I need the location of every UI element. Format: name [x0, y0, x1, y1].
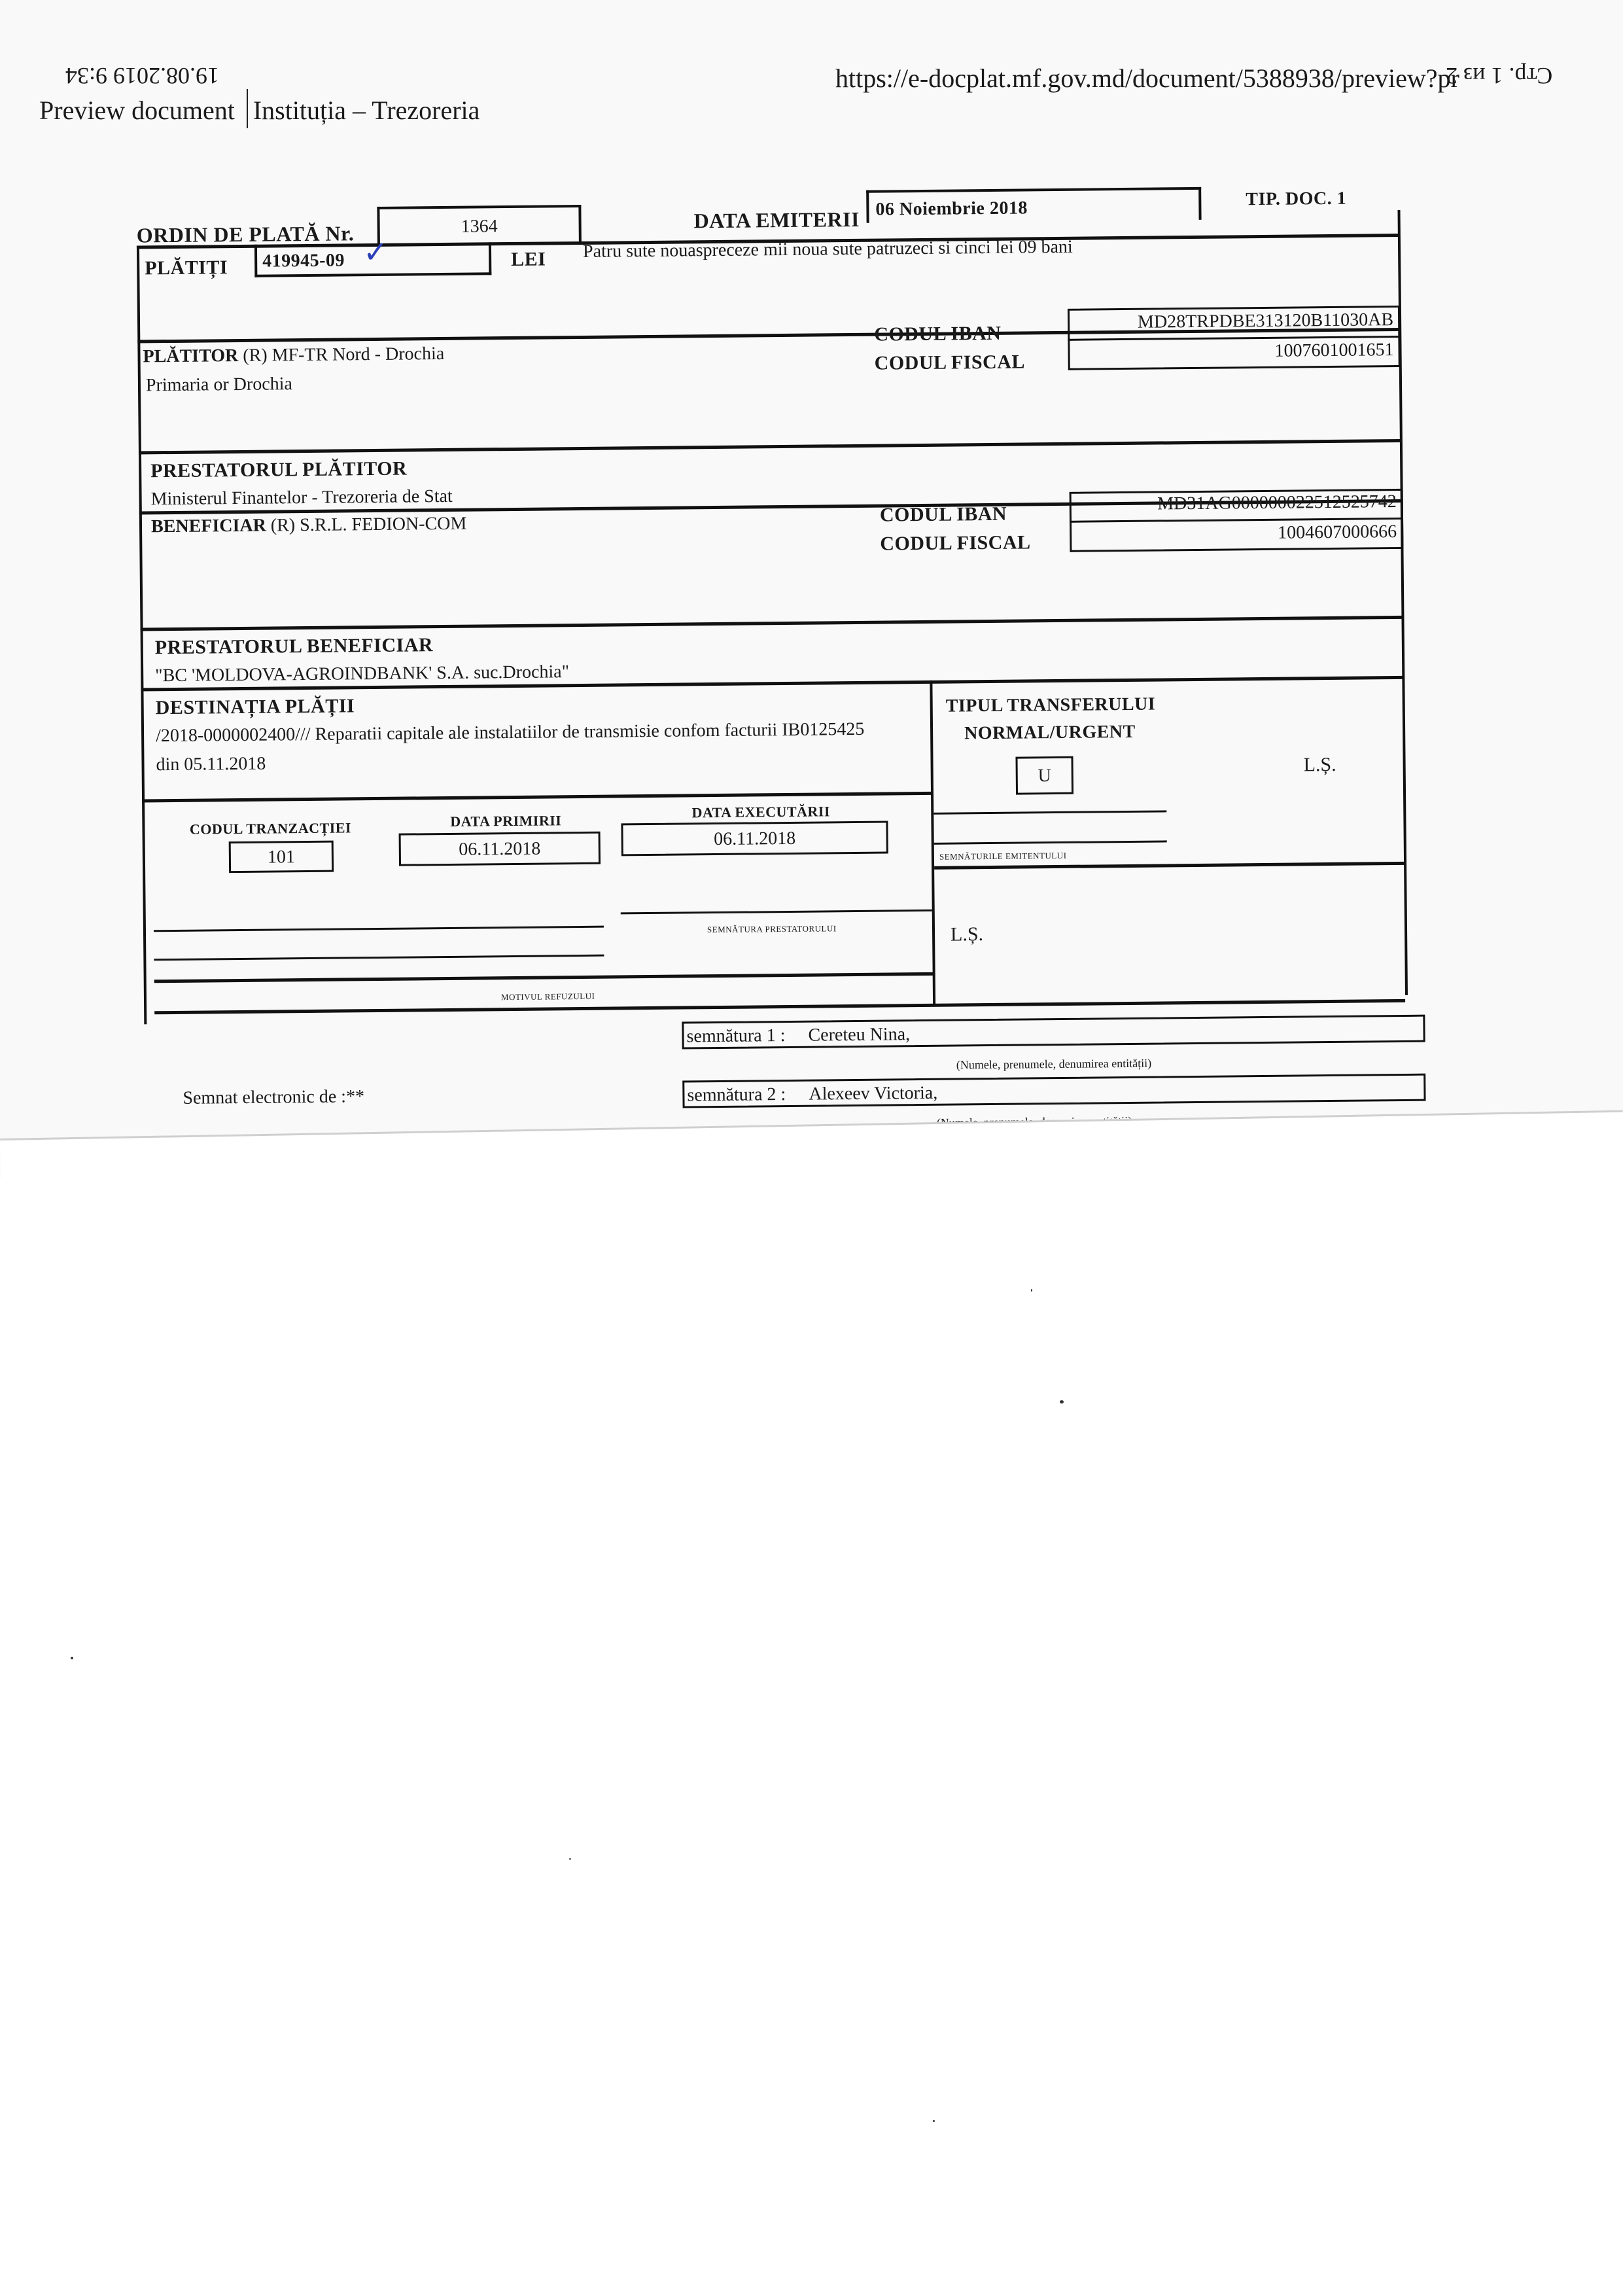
signature-2-name: Alexeev Victoria, [809, 1083, 937, 1105]
signature-2-label: semnătura 2 : [687, 1084, 786, 1106]
signed-by-label: Semnat electronic de :** [183, 1086, 364, 1109]
issue-date-box: 06 Noiembrie 2018 [866, 187, 1201, 223]
beneficiary-resident: (R) [271, 515, 296, 535]
signature-2-box: semnătura 2 : Alexeev Victoria, [682, 1074, 1425, 1108]
beneficiary-label: BENEFICIAR [151, 516, 266, 537]
signature-1-label: semnătura 1 : [686, 1025, 785, 1047]
transfer-type-box: U [1015, 756, 1073, 795]
issuer-signature-line-2 [934, 840, 1167, 844]
transfer-type-value: U [1038, 766, 1051, 786]
payer-subname: Primaria or Drochia [146, 374, 292, 396]
beneficiary-provider-label: PRESTATORUL BENEFICIAR [155, 634, 434, 659]
transaction-code-box: 101 [229, 841, 334, 874]
purpose-line1: /2018-0000002400/// Reparatii capitale a… [156, 719, 864, 747]
payer-fiscal-code: 1007601001651 [1070, 340, 1393, 364]
stamp-placeholder-2: L.Ș. [951, 923, 983, 945]
purpose-line2: din 05.11.2018 [156, 754, 266, 776]
refusal-line-1 [154, 955, 604, 961]
issuer-signatures-label: SEMNĂTURILE EMITENTULUI [939, 851, 1067, 862]
payment-order-form: ORDIN DE PLATĂ Nr. 1364 DATA EMITERII 06… [0, 0, 1623, 1185]
issue-date-label: DATA EMITERII [693, 207, 860, 233]
received-date-label: DATA PRIMIRII [414, 812, 597, 831]
issuer-section-bottom-line [934, 862, 1405, 870]
scan-speck [569, 1858, 571, 1860]
frame-bottom-line [154, 999, 1405, 1014]
handwritten-checkmark-icon: ✓ [363, 234, 389, 270]
beneficiary-fiscal-label: CODUL FISCAL [880, 531, 1031, 555]
payer-iban-label: CODUL IBAN [874, 323, 1002, 346]
scan-speck [1060, 1400, 1064, 1404]
signature-1-name: Cereteu Nina, [808, 1024, 910, 1046]
execution-date-box: 06.11.2018 [621, 821, 888, 857]
signature-1-caption: (Numele, prenumele, denumirea entității) [682, 1054, 1425, 1075]
processing-top-line [142, 792, 932, 803]
payer-label: PLĂTITOR [143, 345, 238, 366]
execution-date: 06.11.2018 [714, 828, 795, 849]
order-number: 1364 [461, 216, 498, 237]
issuer-signature-line-1 [934, 810, 1166, 814]
payer-resident: (R) [243, 345, 268, 366]
provider-signature-line-right [621, 910, 932, 915]
beneficiary-iban-label: CODUL IBAN [880, 503, 1007, 527]
execution-date-label: DATA EXECUTĂRII [650, 803, 872, 822]
beneficiary-fiscal-code: 1004607000666 [1072, 521, 1397, 546]
refusal-line-2 [154, 972, 934, 983]
payer-provider-name: Ministerul Finantelor - Trezoreria de St… [150, 486, 452, 510]
amount-in-words: Patru sute nouaspreceze mii noua sute pa… [583, 237, 1073, 262]
payer-provider-label: PRESTATORUL PLĂTITOR [150, 458, 407, 483]
payer-fiscal-label: CODUL FISCAL [875, 351, 1026, 374]
received-date: 06.11.2018 [459, 839, 540, 860]
transaction-code-label: CODUL TRANZACȚIEI [185, 819, 355, 838]
provider-signature-label: SEMNĂTURA PRESTATORULUI [707, 923, 837, 935]
beneficiary-provider-top-line [141, 616, 1403, 631]
signature-1-box: semnătura 1 : Cereteu Nina, [682, 1015, 1425, 1050]
beneficiary-iban: MD31AG000000022512525742 [1072, 491, 1397, 516]
scan-speck [933, 2120, 935, 2122]
order-number-box: 1364 [377, 205, 582, 243]
transfer-label: TIPUL TRANSFERULUI [946, 694, 1156, 717]
received-date-box: 06.11.2018 [399, 832, 601, 866]
issue-date: 06 Noiembrie 2018 [875, 198, 1028, 220]
amount: 419945-09 [262, 250, 345, 272]
transaction-code: 101 [268, 847, 295, 867]
transfer-sublabel: NORMAL/URGENT [964, 722, 1136, 745]
beneficiary-provider-name: "BC 'MOLDOVA-AGROINDBANK' S.A. suc.Droch… [155, 662, 569, 686]
payer-iban: MD28TRPDBE313120B11030AB [1070, 309, 1393, 334]
stamp-placeholder-1: L.Ș. [1303, 754, 1336, 776]
currency-label: LEI [511, 248, 546, 271]
payer-name: MF-TR Nord - Drochia [271, 344, 444, 366]
scan-speck [1031, 1289, 1032, 1292]
payer-line: PLĂTITOR (R) MF-TR Nord - Drochia [143, 344, 444, 367]
refusal-reason-label: MOTIVUL REFUZULUI [501, 991, 595, 1002]
doc-type: TIP. DOC. 1 [1246, 188, 1346, 210]
provider-signature-line-left [154, 926, 604, 932]
beneficiary-line: BENEFICIAR (R) S.R.L. FEDION-COM [151, 514, 467, 538]
pay-label: PLĂTIȚI [145, 256, 228, 279]
payer-provider-top-line [139, 439, 1401, 455]
beneficiary-name: S.R.L. FEDION-COM [300, 514, 466, 535]
purpose-label: DESTINAȚIA PLĂȚII [156, 695, 355, 719]
scan-speck [71, 1657, 73, 1659]
